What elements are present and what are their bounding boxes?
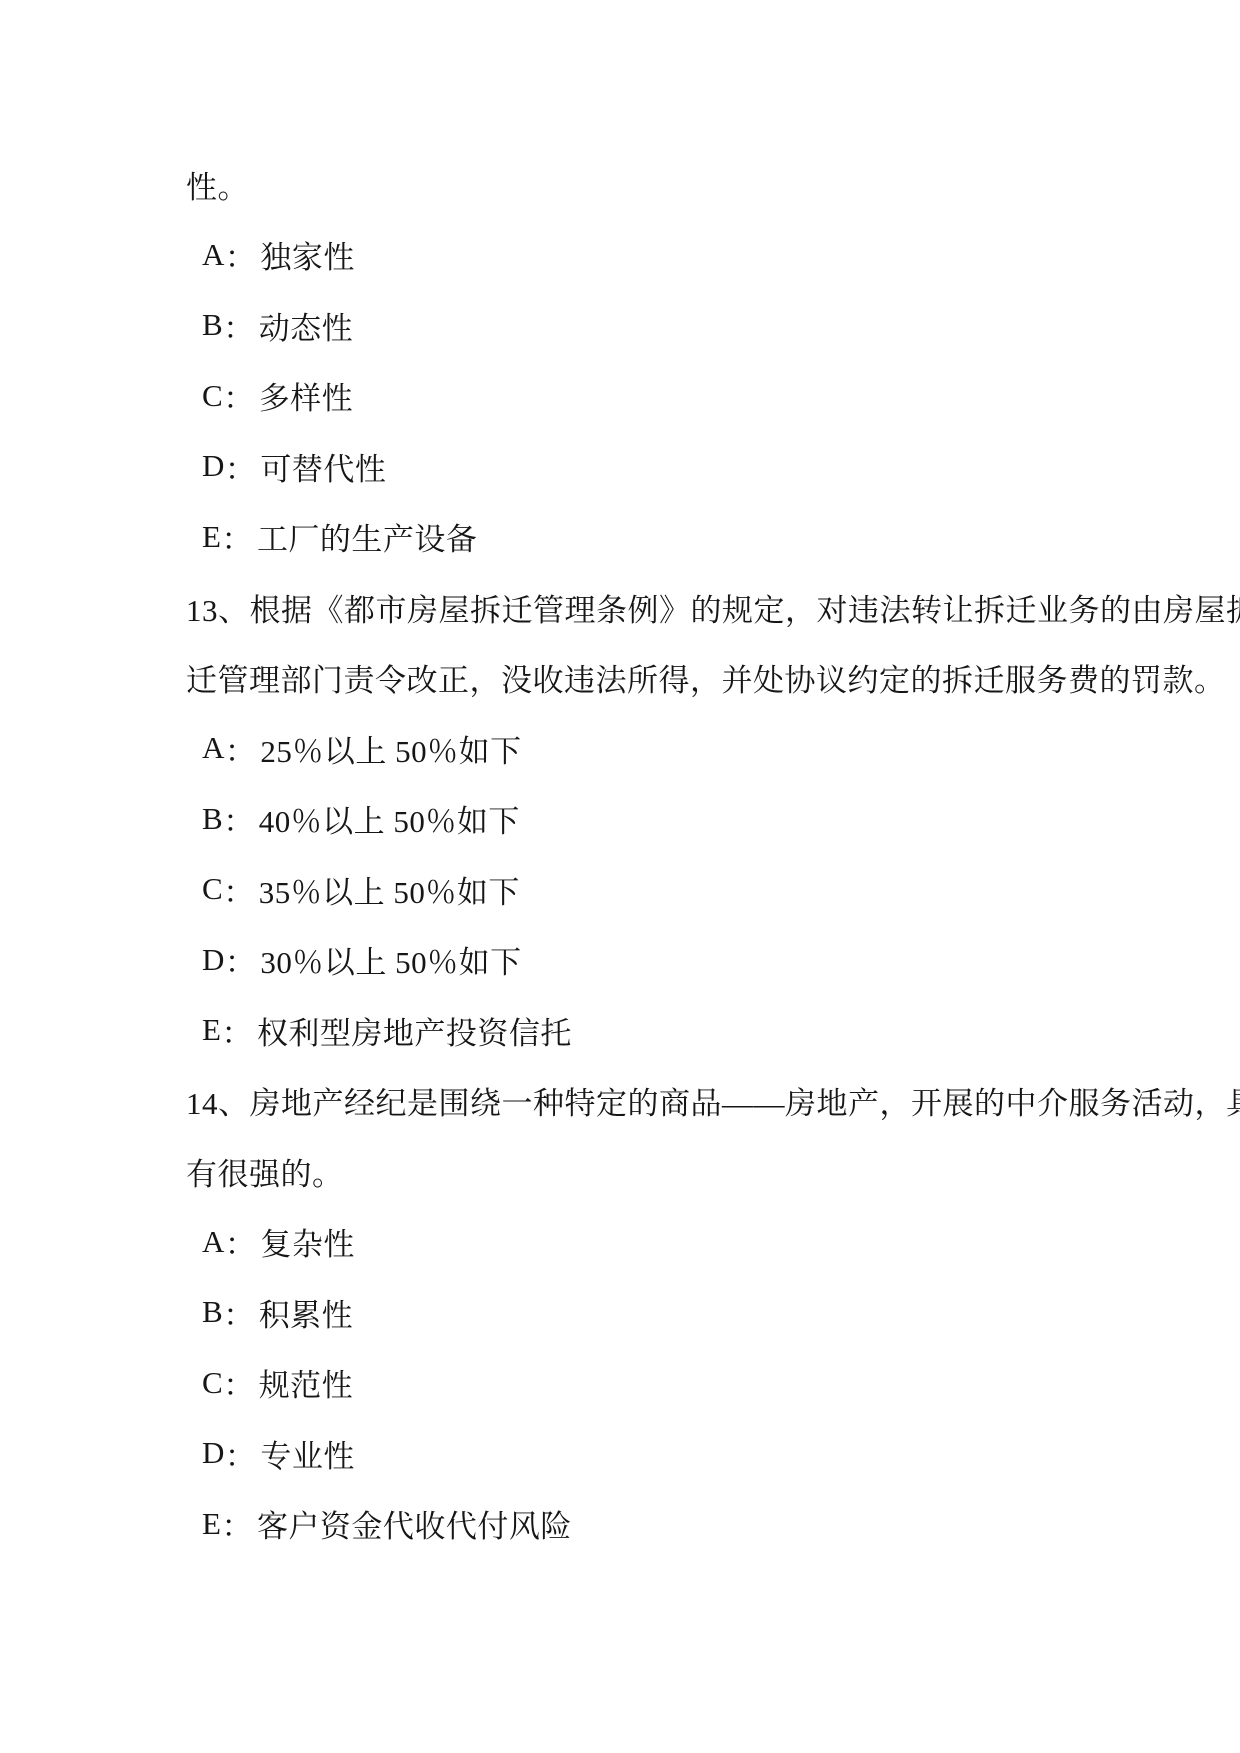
option-line: E：工厂的生产设备: [0, 502, 1240, 573]
option-line: A：25％以上 50％如下: [0, 713, 1240, 784]
option-label: B: [202, 307, 223, 343]
option-colon: ：: [223, 373, 255, 418]
option-label: D: [202, 1435, 225, 1471]
option-line: D：专业性: [0, 1418, 1240, 1489]
option-line: B：动态性: [0, 290, 1240, 361]
option-line: A：独家性: [0, 220, 1240, 291]
option-line: C：规范性: [0, 1348, 1240, 1419]
option-colon: ：: [223, 1360, 255, 1405]
option-label: D: [202, 942, 225, 978]
option-line: E：权利型房地产投资信托: [0, 995, 1240, 1066]
option-line: B：40％以上 50％如下: [0, 784, 1240, 855]
option-label: C: [202, 1365, 223, 1401]
option-label: A: [202, 730, 225, 766]
document-page: 性。 A：独家性 B：动态性 C：多样性 D：可替代性 E：工厂的生产设备 13…: [0, 0, 1240, 1753]
option-text: 多样性: [259, 373, 354, 418]
option-colon: ：: [223, 796, 255, 841]
option-line: D：可替代性: [0, 431, 1240, 502]
option-colon: ：: [225, 1431, 257, 1476]
option-text: 35％以上 50％如下: [259, 867, 520, 912]
option-text: 专业性: [260, 1431, 355, 1476]
option-colon: ：: [225, 726, 257, 771]
option-text: 权利型房地产投资信托: [257, 1008, 572, 1053]
option-colon: ：: [225, 444, 257, 489]
option-label: A: [202, 1224, 225, 1260]
option-text: 可替代性: [260, 444, 386, 489]
option-text: 独家性: [260, 232, 355, 277]
question-stem-line: 迁管理部门责令改正，没收违法所得，并处协议约定的拆迁服务费的罚款。: [0, 643, 1240, 714]
option-colon: ：: [225, 1219, 257, 1264]
option-line: C：35％以上 50％如下: [0, 854, 1240, 925]
option-line: E：客户资金代收代付风险: [0, 1489, 1240, 1560]
option-line: D：30％以上 50％如下: [0, 925, 1240, 996]
option-colon: ：: [223, 867, 255, 912]
option-colon: ：: [221, 1501, 253, 1546]
question-stem-line: 13、根据《都市房屋拆迁管理条例》的规定，对违法转让拆迁业务的由房屋拆: [0, 572, 1240, 643]
question-stem-line: 性。: [0, 149, 1240, 220]
option-text: 复杂性: [260, 1219, 355, 1264]
option-colon: ：: [225, 232, 257, 277]
option-colon: ：: [223, 1290, 255, 1335]
option-line: C：多样性: [0, 361, 1240, 432]
option-text: 30％以上 50％如下: [260, 937, 521, 982]
option-colon: ：: [221, 1008, 253, 1053]
option-line: B：积累性: [0, 1277, 1240, 1348]
question-stem-line: 14、房地产经纪是围绕一种特定的商品——房地产，开展的中介服务活动，具: [0, 1066, 1240, 1137]
question-stem-line: 有很强的。: [0, 1136, 1240, 1207]
option-text: 积累性: [259, 1290, 354, 1335]
option-text: 工厂的生产设备: [257, 514, 478, 559]
option-line: A：复杂性: [0, 1207, 1240, 1278]
option-text: 客户资金代收代付风险: [257, 1501, 572, 1546]
option-text: 动态性: [259, 303, 354, 348]
option-label: D: [202, 448, 225, 484]
option-label: E: [202, 1506, 221, 1542]
option-label: E: [202, 519, 221, 555]
option-colon: ：: [221, 514, 253, 559]
option-text: 规范性: [259, 1360, 354, 1405]
option-label: E: [202, 1012, 221, 1048]
option-label: B: [202, 801, 223, 837]
option-label: A: [202, 237, 225, 273]
option-text: 25％以上 50％如下: [260, 726, 521, 771]
option-colon: ：: [223, 303, 255, 348]
option-label: C: [202, 871, 223, 907]
option-text: 40％以上 50％如下: [259, 796, 520, 841]
option-colon: ：: [225, 937, 257, 982]
option-label: C: [202, 378, 223, 414]
option-label: B: [202, 1294, 223, 1330]
